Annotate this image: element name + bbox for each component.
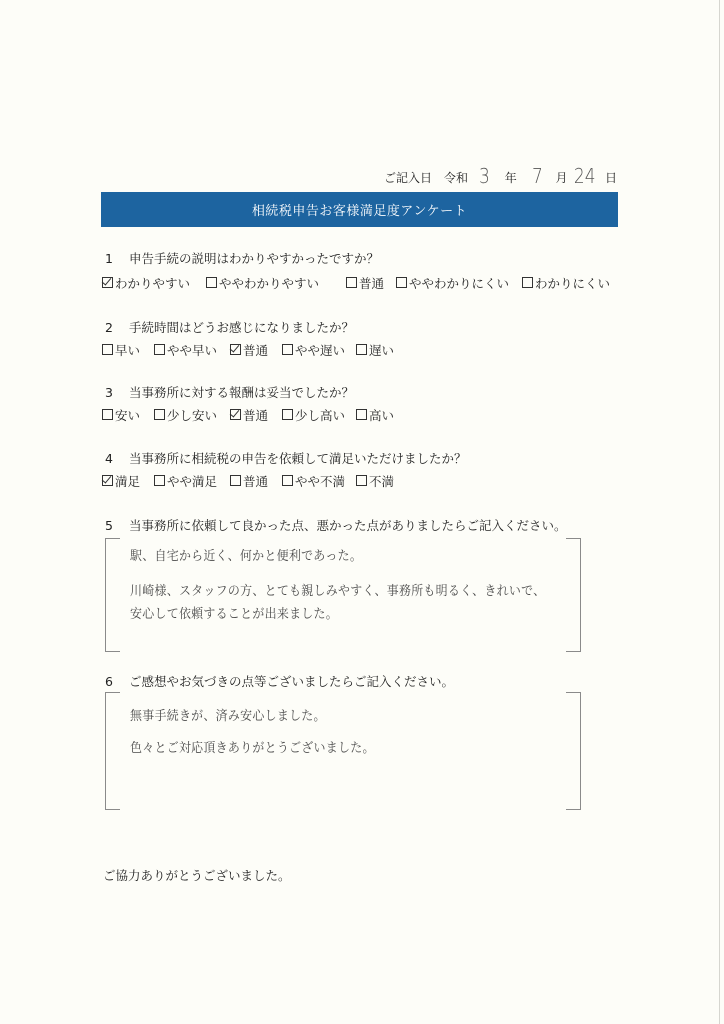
- option-checkbox[interactable]: 普通: [230, 406, 268, 424]
- thank-you-message: ご協力ありがとうございました。: [103, 866, 291, 884]
- answer-line: 色々とご対応頂きありがとうございました。: [130, 737, 375, 756]
- checkbox-icon[interactable]: [206, 277, 217, 288]
- question-text: ご感想やお気づきの点等ございましたらご記入ください。: [129, 674, 454, 689]
- option-checkbox[interactable]: 満足: [102, 472, 140, 490]
- checkbox-icon[interactable]: [154, 409, 165, 420]
- era-label: 令和: [444, 169, 468, 186]
- option-checkbox[interactable]: わかりやすい: [102, 274, 190, 292]
- checkbox-checked-icon[interactable]: [102, 475, 113, 486]
- question-number: 6: [105, 674, 125, 689]
- checkbox-icon[interactable]: [346, 277, 357, 288]
- checkbox-icon[interactable]: [282, 475, 293, 486]
- checkbox-icon[interactable]: [522, 277, 533, 288]
- month-value[interactable]: 7: [532, 166, 543, 186]
- option-checkbox[interactable]: 遅い: [356, 341, 394, 359]
- question-number: 4: [105, 451, 125, 466]
- option-checkbox[interactable]: 早い: [102, 341, 140, 359]
- checkbox-icon[interactable]: [356, 409, 367, 420]
- question-6: 6ご感想やお気づきの点等ございましたらご記入ください。: [103, 672, 454, 690]
- day-value[interactable]: 24: [573, 166, 595, 186]
- checkbox-checked-icon[interactable]: [102, 277, 113, 288]
- survey-title: 相続税申告お客様満足度アンケート: [252, 200, 467, 219]
- question-text: 手続時間はどうお感じになりましたか？: [129, 320, 354, 335]
- option-checkbox[interactable]: やや満足: [154, 472, 217, 490]
- question-number: 5: [105, 518, 125, 533]
- option-checkbox[interactable]: やや早い: [154, 341, 217, 359]
- checkbox-checked-icon[interactable]: [230, 344, 241, 355]
- option-checkbox[interactable]: ややわかりやすい: [206, 274, 319, 292]
- option-checkbox[interactable]: 不満: [356, 472, 394, 490]
- checkbox-icon[interactable]: [102, 344, 113, 355]
- question-number: 2: [105, 320, 125, 335]
- option-checkbox[interactable]: 高い: [356, 406, 394, 424]
- option-checkbox[interactable]: 少し高い: [282, 406, 345, 424]
- option-checkbox[interactable]: 普通: [230, 472, 268, 490]
- option-checkbox[interactable]: 少し安い: [154, 406, 217, 424]
- question-text: 当事務所に相続税の申告を依頼して満足いただけましたか？: [129, 451, 467, 466]
- question-text: 申告手続の説明はわかりやすかったですか？: [129, 251, 379, 266]
- checkbox-checked-icon[interactable]: [230, 409, 241, 420]
- question-3: 3当事務所に対する報酬は妥当でしたか？: [103, 383, 354, 401]
- option-checkbox[interactable]: 普通: [346, 274, 384, 292]
- option-checkbox[interactable]: 普通: [230, 341, 268, 359]
- survey-title-bar: 相続税申告お客様満足度アンケート: [101, 192, 618, 227]
- question-number: 1: [105, 251, 125, 266]
- question-2: 2手続時間はどうお感じになりましたか？: [103, 318, 354, 336]
- answer-line: 川崎様、スタッフの方、とても親しみやすく、事務所も明るく、きれいで、: [130, 580, 545, 599]
- checkbox-icon[interactable]: [396, 277, 407, 288]
- year-unit: 年: [505, 169, 517, 186]
- date-row: ご記入日 令和 3 年 7 月 24 日: [384, 164, 617, 186]
- question-number: 3: [105, 385, 125, 400]
- answer-line: 駅、自宅から近く、何かと便利であった。: [130, 545, 362, 564]
- month-unit: 月: [556, 169, 568, 186]
- checkbox-icon[interactable]: [356, 344, 367, 355]
- checkbox-icon[interactable]: [282, 409, 293, 420]
- option-checkbox[interactable]: わかりにくい: [522, 274, 610, 292]
- day-unit: 日: [605, 169, 617, 186]
- checkbox-icon[interactable]: [154, 344, 165, 355]
- answer-line: 安心して依頼することが出来ました。: [130, 603, 338, 622]
- option-checkbox[interactable]: ややわかりにくい: [396, 274, 509, 292]
- checkbox-icon[interactable]: [356, 475, 367, 486]
- year-value[interactable]: 3: [479, 166, 490, 186]
- question-1: 1申告手続の説明はわかりやすかったですか？: [103, 249, 379, 267]
- date-label: ご記入日: [384, 169, 432, 186]
- question-text: 当事務所に依頼して良かった点、悪かった点がありましたらご記入ください。: [129, 518, 567, 533]
- option-checkbox[interactable]: 安い: [102, 406, 140, 424]
- question-5: 5当事務所に依頼して良かった点、悪かった点がありましたらご記入ください。: [103, 516, 567, 534]
- page-edge-line: [719, 0, 720, 1024]
- checkbox-icon[interactable]: [154, 475, 165, 486]
- question-4: 4当事務所に相続税の申告を依頼して満足いただけましたか？: [103, 449, 467, 467]
- question-text: 当事務所に対する報酬は妥当でしたか？: [129, 385, 354, 400]
- option-checkbox[interactable]: やや不満: [282, 472, 345, 490]
- checkbox-icon[interactable]: [102, 409, 113, 420]
- checkbox-icon[interactable]: [230, 475, 241, 486]
- checkbox-icon[interactable]: [282, 344, 293, 355]
- option-checkbox[interactable]: やや遅い: [282, 341, 345, 359]
- answer-line: 無事手続きが、済み安心しました。: [130, 705, 326, 724]
